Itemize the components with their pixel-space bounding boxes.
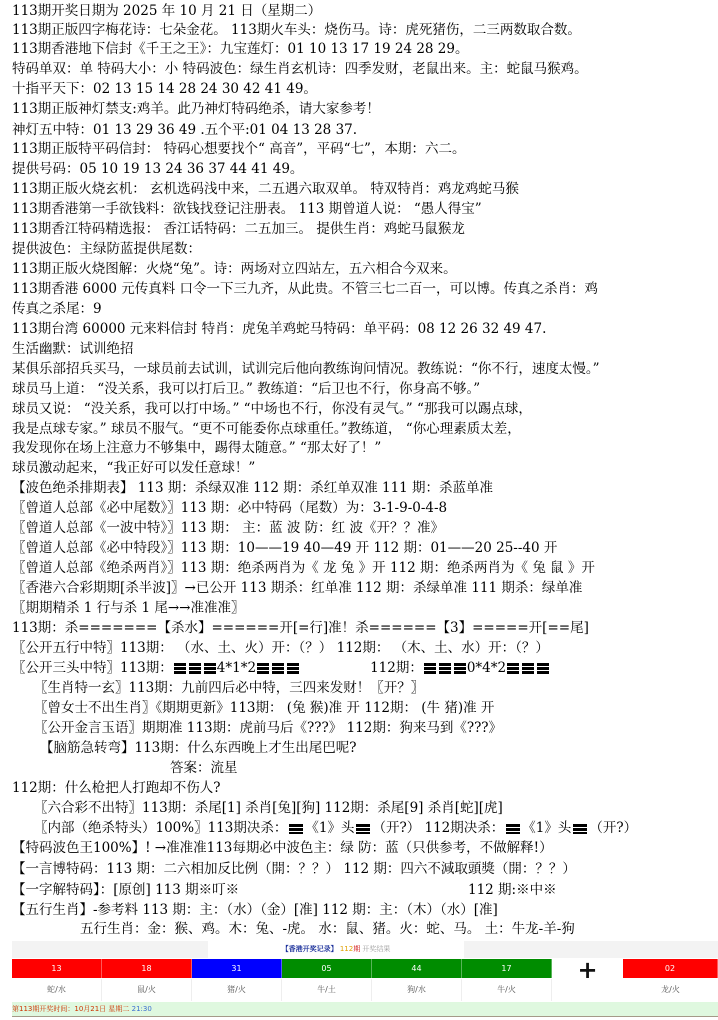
riddle-112-line: 112期：什么枪把人打跑却不伤人?	[12, 779, 221, 797]
redaction-bar	[573, 824, 587, 834]
zodiac-label-4: 牛/土	[282, 979, 372, 1001]
divider	[12, 1016, 718, 1019]
zodiac-label-1: 蛇/水	[12, 979, 102, 1001]
one-wave-line: 〖曾道人总部《一波中特》〗113 期： 主：蓝 波 防：红 波《开？？准》	[12, 519, 444, 537]
redaction-bar	[257, 663, 299, 674]
special-code-attributes-line: 特码单双：单 特码大小：小 特码波色：绿生肖玄机诗：四季发财，老鼠出来。主：蛇鼠…	[12, 60, 588, 78]
five-element-special-line: 〖公开五行中特〗113期： （水、土、火）开：（？） 112期： （木、土、水）…	[12, 639, 549, 657]
ball-5: 44	[372, 959, 462, 978]
zodiac-mystery-line: 〖生肖特一玄〗113期：九前四后必中特，三四来发财！〖开？〗	[34, 679, 424, 697]
taiwan-letter-line: 113期台湾 60000 元来料信封 特肖：虎兔羊鸡蛇马特码：单平码：08 12…	[12, 320, 546, 338]
zodiac-label-5: 狗/水	[372, 979, 462, 1001]
wave-kill-schedule-line: 【波色绝杀排期表】 113 期：杀绿双准 112 期：杀红单双准 111 期：杀…	[12, 479, 493, 497]
wave-color-line: 提供波色：主绿防蓝提供尾数：	[12, 240, 201, 258]
kill-head-line: 〖内部（绝杀特头）100%〗113期决杀：《1》头（开?） 112期决杀：《1》…	[34, 819, 637, 837]
no-special-line: 〖六合彩不出特〗113期：杀尾[1] 杀肖[兔][狗] 112期：杀尾[9] 杀…	[34, 799, 503, 817]
underground-letter-line: 113期香港地下信封《千王之王》：九宝莲灯：01 10 13 17 19 24 …	[12, 40, 468, 58]
three-head-line: 〖公开三头中特〗113期：4*1*2112期：0*4*2	[12, 659, 550, 677]
must-tail-line: 〖曾道人总部《必中尾数》〗113 期：必中特码（尾数）为：3-1-9-0-4-8	[12, 499, 447, 517]
humor-text-5: 我发现你在场上注意力不够集中，踢得太随意。” “那太好了！”	[12, 439, 381, 457]
widget-title-link[interactable]: 【香港开奖记录】	[282, 945, 338, 953]
fire-diagram-line: 113期正版火烧图解：火烧“兔”。诗：两场对立四站左，五六相合今双来。	[12, 260, 457, 278]
draw-date-line: 113期开奖日期为 2025 年 10 月 21 日（星期二）	[12, 2, 321, 20]
fax-6000-line: 113期香港 6000 元传真料 口令一下三九齐，从此贵。不管三七二百一，可以博…	[12, 280, 598, 298]
widget-header: 【香港开奖记录】 112期 开奖结果	[12, 941, 718, 958]
ball-1: 13	[12, 959, 102, 978]
kill-element-tail-title: 〖期期精杀 1 行与杀 1 尾→→准准准〗	[12, 599, 244, 617]
no-zodiac-line: 〖曾女士不出生肖〗《期期更新》113期： (兔 猴)准 开 112期： (牛 猪…	[34, 699, 494, 717]
ball-4: 05	[282, 959, 372, 978]
must-segment-line: 〖曾道人总部《必中特段》〗113 期：10——19 40—49 开 112 期：…	[12, 539, 557, 557]
zodiac-row: 蛇/水 鼠/火 猪/火 牛/土 狗/水 牛/火 龙/火	[12, 979, 718, 1001]
redaction-bar	[174, 663, 216, 674]
kill-element-tail-line: 113期：杀=======【杀水】======开[=行]准！杀======【3】…	[12, 619, 589, 637]
ball-6: 17	[462, 959, 552, 978]
ten-fingers-line: 十指平天下：02 13 15 14 28 24 30 42 41 49。	[12, 80, 317, 98]
first-hand-line: 113期香港第一手欲钱料：欲钱找登记注册表。 113 期曾道人说： “愚人得宝”	[12, 200, 482, 218]
special-ball: 02	[623, 959, 718, 978]
redaction-bar	[356, 824, 370, 834]
humor-title: 生活幽默：试训绝招	[12, 340, 134, 358]
riddle-answer: 答案：流星	[170, 759, 238, 777]
ball-3: 31	[192, 959, 282, 978]
one-word-line: 【一言博特码：113 期：二六相加反比例（開：？？） 112 期：四六不減取頭獎…	[12, 860, 576, 878]
fire-mystery-line: 113期正版火烧玄机： 玄机选码浅中来，二五遇六取双单。 特双特肖：鸡龙鸡蛇马猴	[12, 180, 519, 198]
fax-kill-tail-line: 传真之杀尾：9	[12, 300, 102, 318]
next-draw-footer: 第113期开奖时间：10月21日 星期二 21:30	[12, 1002, 718, 1016]
xiangjiang-line: 113期香江特码精选报： 香江话特码：二五加三。 提供生肖：鸡蛇马鼠猴龙	[12, 220, 465, 238]
riddle-line: 【脑筋急转弯】113期：什么东西晚上才生出尾巴呢?	[40, 739, 357, 757]
zodiac-label-3: 猪/火	[192, 979, 282, 1001]
five-element-zodiac-line: 【五行生肖】-参考料 113 期：主：（水）（金）[准] 112 期：主：（木）…	[12, 901, 498, 919]
humor-text-3: 球员又说： “没关系，我可以打中场。” “中场也不行，你没有灵气。” “那我可以…	[12, 400, 532, 418]
redaction-bar	[507, 663, 549, 674]
half-wave-line: 〖香港六合彩期期[杀半波]〗→已公开 113 期杀：红单准 112 期：杀绿单准…	[12, 579, 582, 597]
redaction-bar	[424, 663, 466, 674]
ball-2: 18	[102, 959, 192, 978]
golden-words-line: 〖公开金言玉语〗期期准 113期：虎前马后《???》 112期：狗来马到《???…	[34, 719, 502, 737]
humor-text-6: 球员激动起来，“我正好可以发任意球！”	[12, 459, 255, 477]
humor-text-2: 球员马上道： “没关系，我可以打后卫。” 教练道：“后卫也不行，你身高不够。”	[12, 380, 480, 398]
one-char-line: 【一字解特码】：[原创] 113 期※叮※112 期:※中※	[12, 881, 239, 899]
redaction-bar	[289, 824, 303, 834]
special-zodiac-label: 龙/火	[623, 979, 718, 1001]
humor-text-4: 我是点球专家。” 球员不服气。“更不可能委你点球重任。”教练道， “你心理素质太…	[12, 420, 521, 438]
redaction-bar	[506, 824, 520, 834]
zodiac-label-6: 牛/火	[462, 979, 552, 1001]
special-flat-letter-line: 113期正版特平码信封： 特码心想要找个“ 高音”，平码“七”，本期：六二。	[12, 140, 465, 158]
lamp-five-line: 神灯五中特：01 13 29 36 49 .五个平:01 04 13 28 37…	[12, 121, 357, 139]
lamp-ban-line: 113期正版神灯禁支:鸡羊。此乃神灯特码绝杀，请大家参考！	[12, 100, 380, 118]
plum-poem-line: 113期正版四字梅花诗：七朵金花。 113期火车头：烧伤马。诗：虎死猪伤，二三两…	[12, 21, 581, 39]
five-element-mapping-line: 五行生肖：金：猴、鸡。木：兔、-虎。 水：鼠、猪。火：蛇、马。 土：牛龙-羊-狗	[80, 920, 575, 938]
provided-numbers-line: 提供号码：05 10 19 13 24 36 37 44 41 49。	[12, 160, 303, 178]
wave-king-line: 【特码波色王100%】! →准准准113每期必中波色主：绿 防：蓝（只供参考，不…	[12, 839, 553, 857]
draw-results-widget: 【香港开奖记录】 112期 开奖结果 13 18 31 05 44 17 02 …	[12, 941, 718, 1020]
humor-text-1: 某俱乐部招兵买马，一球员前去试训，试训完后他向教练询问情况。教练说：“你不行，速…	[12, 360, 600, 378]
kill-two-zodiac-line: 〖曾道人总部《绝杀两肖》〗113 期：绝杀两肖为《 龙 兔 》开 112 期：绝…	[12, 559, 595, 577]
zodiac-label-2: 鼠/火	[102, 979, 192, 1001]
